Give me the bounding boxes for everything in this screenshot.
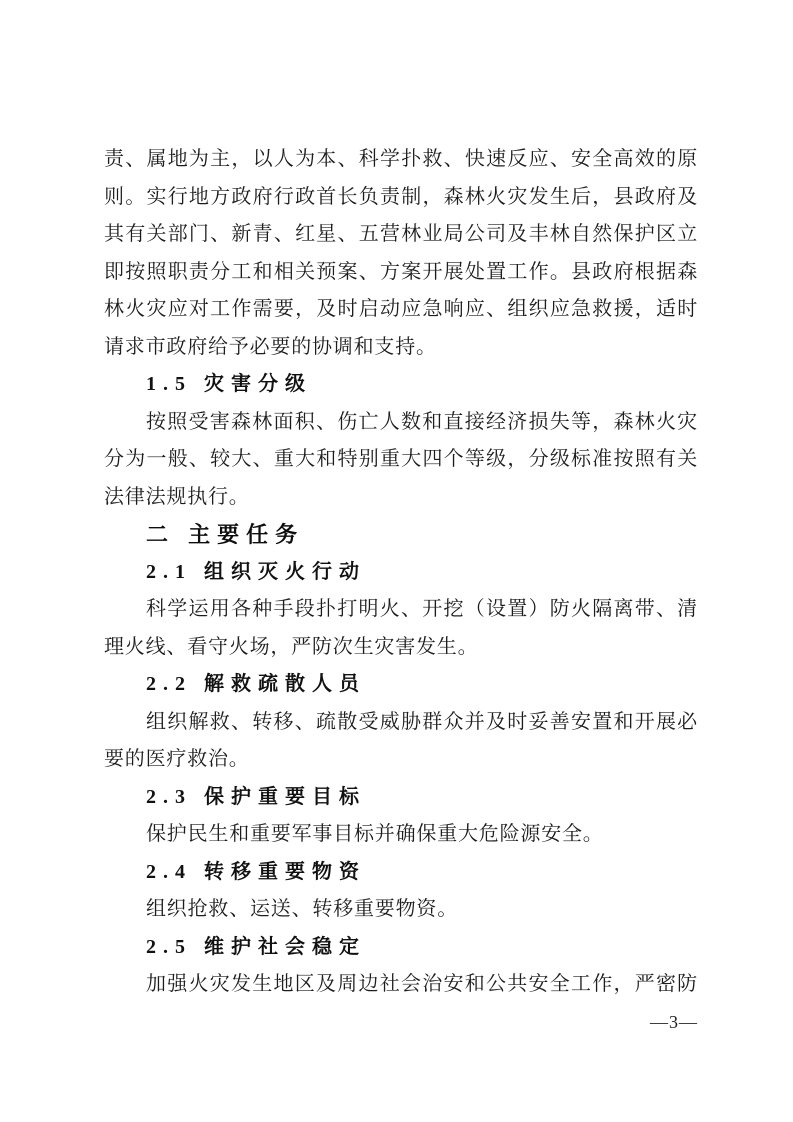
text-line: 分为一般、较大、重大和特别重大四个等级，分级标准按照有关 [104,441,698,479]
heading-2-5-social-stability: 2.5 维护社会稳定 [104,929,698,967]
text-line: 加强火灾发生地区及周边社会治安和公共安全工作，严密防 [104,966,698,1004]
text-line: 其有关部门、新青、红星、五营林业局公司及丰林自然保护区立 [104,216,698,254]
heading-1-5-disaster-grading: 1.5 灾害分级 [104,366,698,404]
text-line: 要的医疗救治。 [104,741,698,779]
text-line: 即按照职责分工和相关预案、方案开展处置工作。县政府根据森 [104,254,698,292]
text-line: 按照受害森林面积、伤亡人数和直接经济损失等，森林火灾 [104,404,698,442]
text-line: 林火灾应对工作需要，及时启动应急响应、组织应急救援，适时 [104,291,698,329]
document-page: 责、属地为主，以人为本、科学扑救、快速反应、安全高效的原 则。实行地方政府行政首… [0,0,793,1122]
page-number: —3— [104,1004,698,1042]
document-body: 责、属地为主，以人为本、科学扑救、快速反应、安全高效的原 则。实行地方政府行政首… [104,141,698,1041]
text-line: 理火线、看守火场，严防次生灾害发生。 [104,629,698,667]
heading-2-2-rescue-evacuate: 2.2 解救疏散人员 [104,666,698,704]
text-line: 责、属地为主，以人为本、科学扑救、快速反应、安全高效的原 [104,141,698,179]
text-line: 法律法规执行。 [104,479,698,517]
text-line: 则。实行地方政府行政首长负责制，森林火灾发生后，县政府及 [104,179,698,217]
text-line: 科学运用各种手段扑打明火、开挖（设置）防火隔离带、清 [104,591,698,629]
text-line: 组织抢救、运送、转移重要物资。 [104,891,698,929]
heading-2-3-protect-targets: 2.3 保护重要目标 [104,779,698,817]
heading-2-1-firefighting: 2.1 组织灭火行动 [104,554,698,592]
text-line: 组织解救、转移、疏散受威胁群众并及时妥善安置和开展必 [104,704,698,742]
heading-2-4-transfer-supplies: 2.4 转移重要物资 [104,854,698,892]
heading-chapter-2-main-tasks: 二 主要任务 [104,516,698,554]
text-line: 请求市政府给予必要的协调和支持。 [104,329,698,367]
text-line: 保护民生和重要军事目标并确保重大危险源安全。 [104,816,698,854]
